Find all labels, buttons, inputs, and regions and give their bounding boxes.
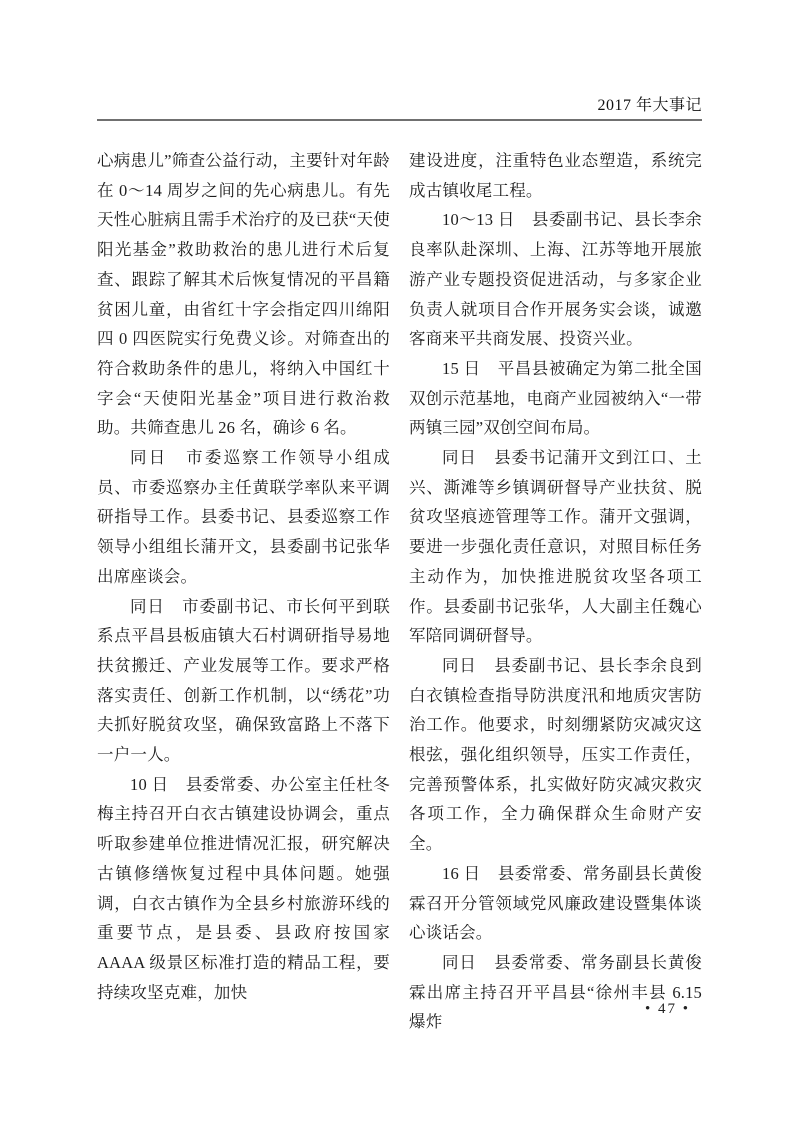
- paragraph-entry: 同日 市委巡察工作领导小组成员、市委巡察办主任黄联学率队来平调研指导工作。县委书…: [97, 443, 390, 592]
- paragraph-entry: 同日 市委副书记、市长何平到联系点平昌县板庙镇大石村调研指导易地扶贫搬迁、产业发…: [97, 592, 390, 770]
- paragraph-entry: 同日 县委常委、常务副县长黄俊霖出席主持召开平昌县“徐州丰县 6.15 爆炸: [409, 948, 702, 1037]
- paragraph-entry: 同日 县委书记蒲开文到江口、土兴、澌滩等乡镇调研督导产业扶贫、脱贫攻坚痕迹管理等…: [409, 443, 702, 651]
- paragraph-entry: 16 日 县委常委、常务副县长黄俊霖召开分管领域党风廉政建设暨集体谈心谈话会。: [409, 859, 702, 948]
- right-column: 建设进度，注重特色业态塑造，系统完成古镇收尾工程。 10～13 日 县委副书记、…: [409, 146, 702, 1037]
- paragraph-continuation: 建设进度，注重特色业态塑造，系统完成古镇收尾工程。: [409, 146, 702, 205]
- paragraph-entry: 10～13 日 县委副书记、县长李余良率队赴深圳、上海、江苏等地开展旅游产业专题…: [409, 205, 702, 354]
- content-columns: 心病患儿”筛查公益行动，主要针对年龄在 0～14 周岁之间的先心病患儿。有先天性…: [97, 146, 702, 1037]
- paragraph-entry: 15 日 平昌县被确定为第二批全国双创示范基地，电商产业园被纳入“一带两镇三园”…: [409, 354, 702, 443]
- left-column: 心病患儿”筛查公益行动，主要针对年龄在 0～14 周岁之间的先心病患儿。有先天性…: [97, 146, 390, 1037]
- document-page: 2017 年大事记 心病患儿”筛查公益行动，主要针对年龄在 0～14 周岁之间的…: [0, 0, 793, 1122]
- page-header: 2017 年大事记: [97, 96, 702, 121]
- paragraph-entry: 10 日 县委常委、办公室主任杜冬梅主持召开白衣古镇建设协调会，重点听取参建单位…: [97, 770, 390, 1008]
- paragraph-continuation: 心病患儿”筛查公益行动，主要针对年龄在 0～14 周岁之间的先心病患儿。有先天性…: [97, 146, 390, 443]
- paragraph-entry: 同日 县委副书记、县长李余良到白衣镇检查指导防洪度汛和地质灾害防治工作。他要求，…: [409, 651, 702, 859]
- page-number: • 47 •: [97, 999, 690, 1019]
- page-header-title: 2017 年大事记: [597, 96, 702, 116]
